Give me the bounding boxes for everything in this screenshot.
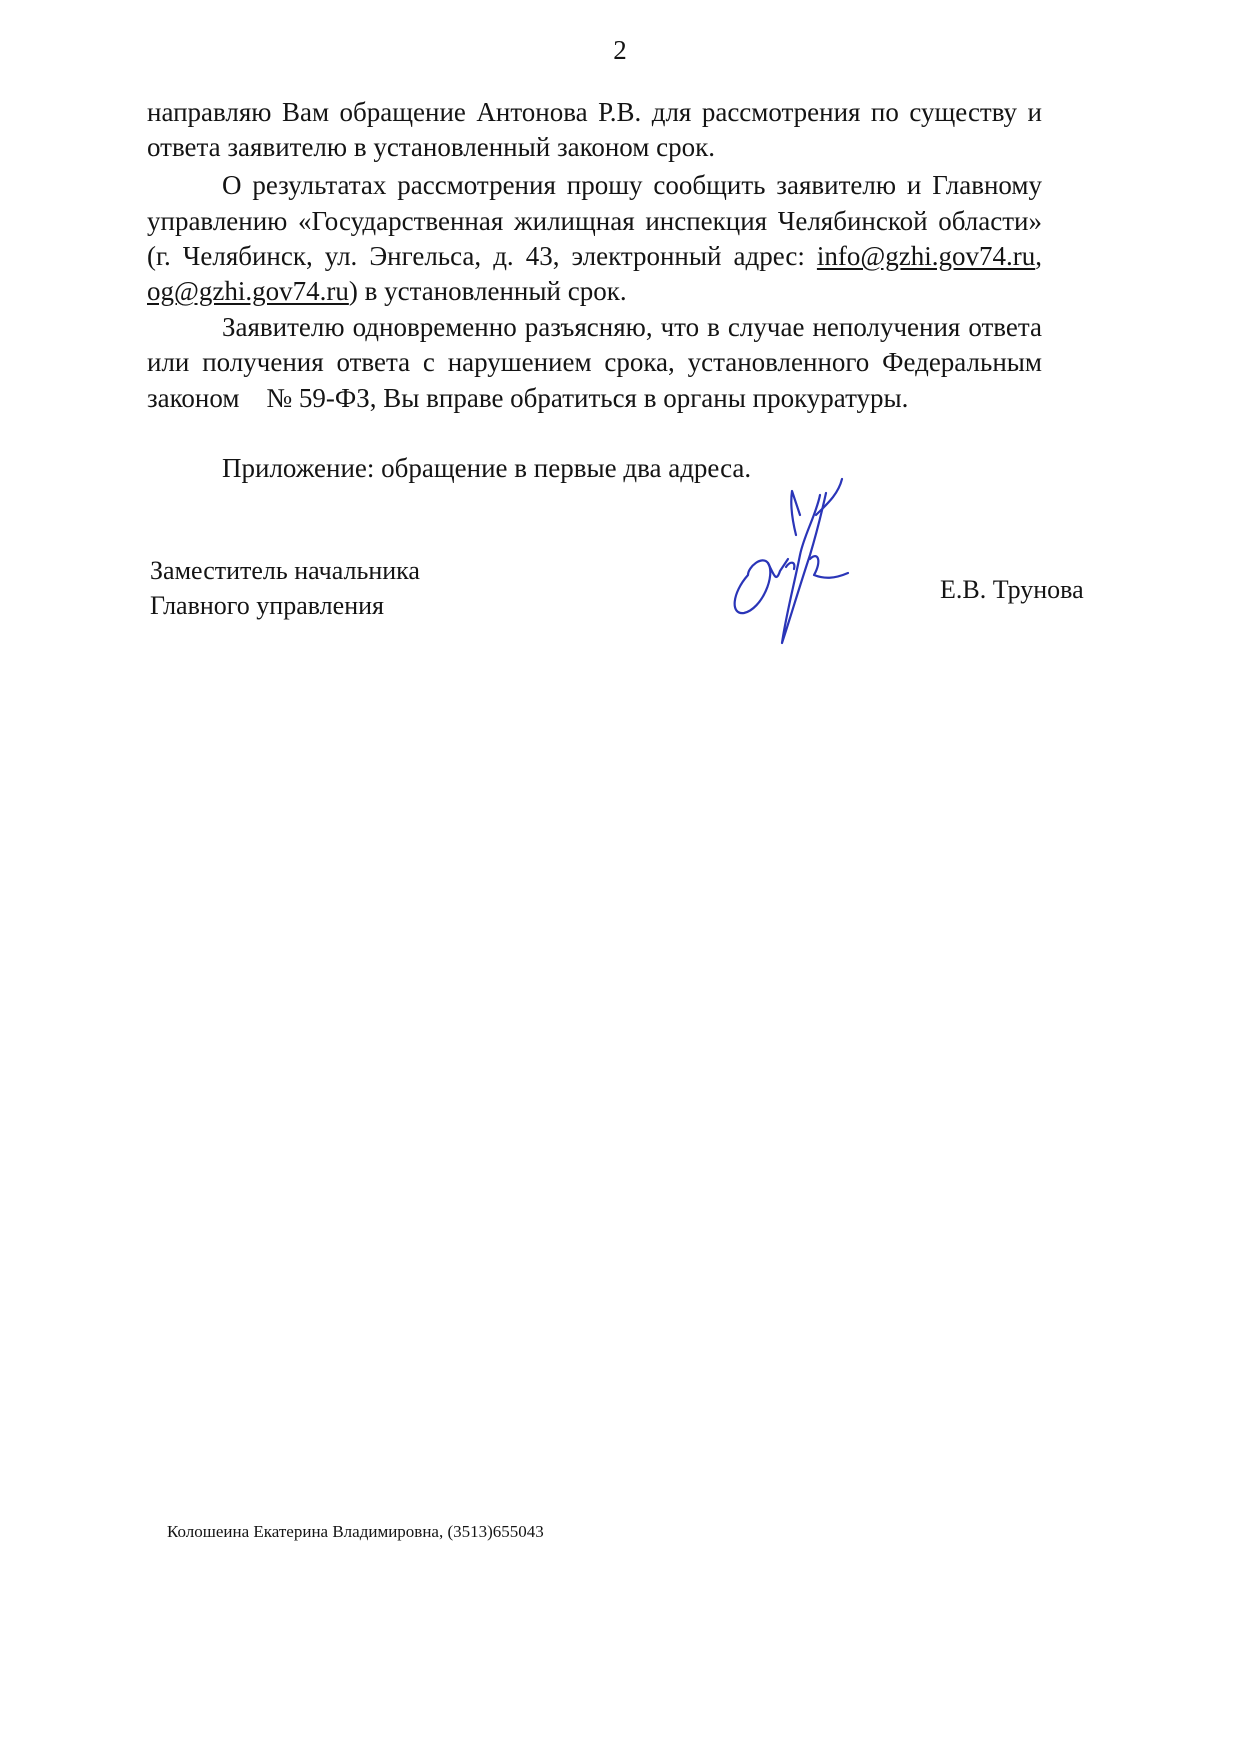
signer-title-line-2: Главного управления: [150, 590, 384, 622]
signer-name: Е.В. Трунова: [940, 574, 1084, 606]
attachment-note: Приложение: обращение в первые два адрес…: [222, 452, 1117, 484]
paragraph-2-line-4: og@gzhi.gov74.ru) в установленный срок.: [147, 275, 1042, 307]
paragraph-1-line-1: направляю Вам обращение Антонова Р.В. дл…: [147, 96, 1042, 128]
email-link-og[interactable]: og@gzhi.gov74.ru: [147, 276, 349, 306]
paragraph-1-line-2: ответа заявителю в установленный законом…: [147, 131, 1042, 163]
paragraph-2-line-2: управлению «Государственная жилищная инс…: [147, 205, 1042, 237]
deadline-text: ) в установленный срок.: [349, 276, 627, 306]
paragraph-2-line-1: О результатах рассмотрения прошу сообщит…: [222, 169, 1042, 201]
address-text: (г. Челябинск, ул. Энгельса, д. 43, элек…: [147, 241, 817, 271]
comma: ,: [1035, 241, 1042, 271]
executor-contact: Колошеина Екатерина Владимировна, (3513)…: [167, 1521, 544, 1543]
email-link-info[interactable]: info@gzhi.gov74.ru: [817, 241, 1035, 271]
signer-title-line-1: Заместитель начальника: [150, 555, 420, 587]
paragraph-3-line-1: Заявителю одновременно разъясняю, что в …: [222, 311, 1042, 343]
paragraph-2-line-3: (г. Челябинск, ул. Энгельса, д. 43, элек…: [147, 240, 1042, 272]
paragraph-3-line-3: законом № 59-ФЗ, Вы вправе обратиться в …: [147, 382, 1042, 414]
handwritten-signature-icon: [730, 475, 870, 650]
page-number: 2: [0, 34, 1240, 66]
paragraph-3-line-2: или получения ответа с нарушением срока,…: [147, 346, 1042, 378]
